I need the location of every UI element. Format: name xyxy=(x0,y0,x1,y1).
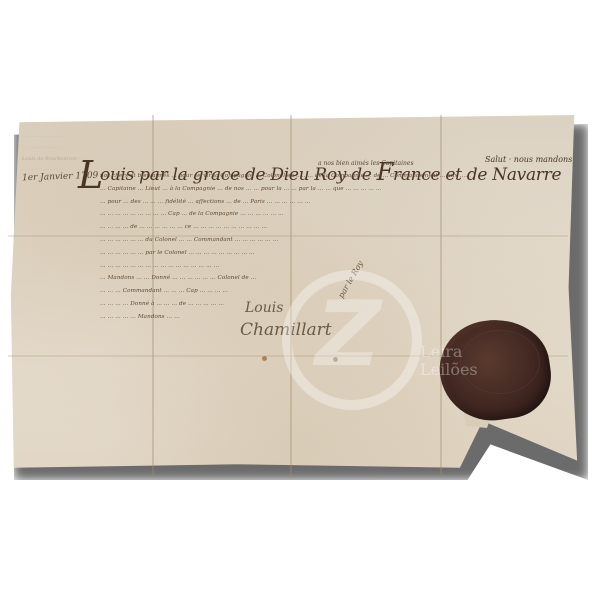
watermark-line: Leira xyxy=(420,343,478,361)
body-line: … Capitaine … Lieut … à la Compagnie … d… xyxy=(100,183,575,196)
ink-stain xyxy=(262,356,267,361)
salutation: Salut · nous mandons xyxy=(485,155,572,164)
watermark-line: Leilões xyxy=(420,361,478,379)
heading-tail: a nos bien aimés les Capitaines xyxy=(318,160,414,167)
photo-stage: · · · · · · · · · · · · · · · · · · · · … xyxy=(0,0,600,600)
watermark-text: Leira Leilões xyxy=(420,343,478,379)
body-line: … … … … … … … … … Cap … de la Compagnie … xyxy=(100,208,575,221)
body-line: … … … … … … par le Colonel … … … … … … …… xyxy=(100,247,575,260)
body-line: … … … … de … … … … … … ce … … … … … … … … xyxy=(100,221,575,234)
body-line: … pour … des … … … fidélité … affections… xyxy=(100,196,575,209)
faded-line: · · · · · · · · · · · · · · xyxy=(22,132,97,143)
body-line: nos chers et bien aimés … pour servir la… xyxy=(100,170,575,183)
body-line: … … … … … … du Colonel … … Commandant … … xyxy=(100,234,575,247)
king-signature: Louis xyxy=(245,300,283,316)
